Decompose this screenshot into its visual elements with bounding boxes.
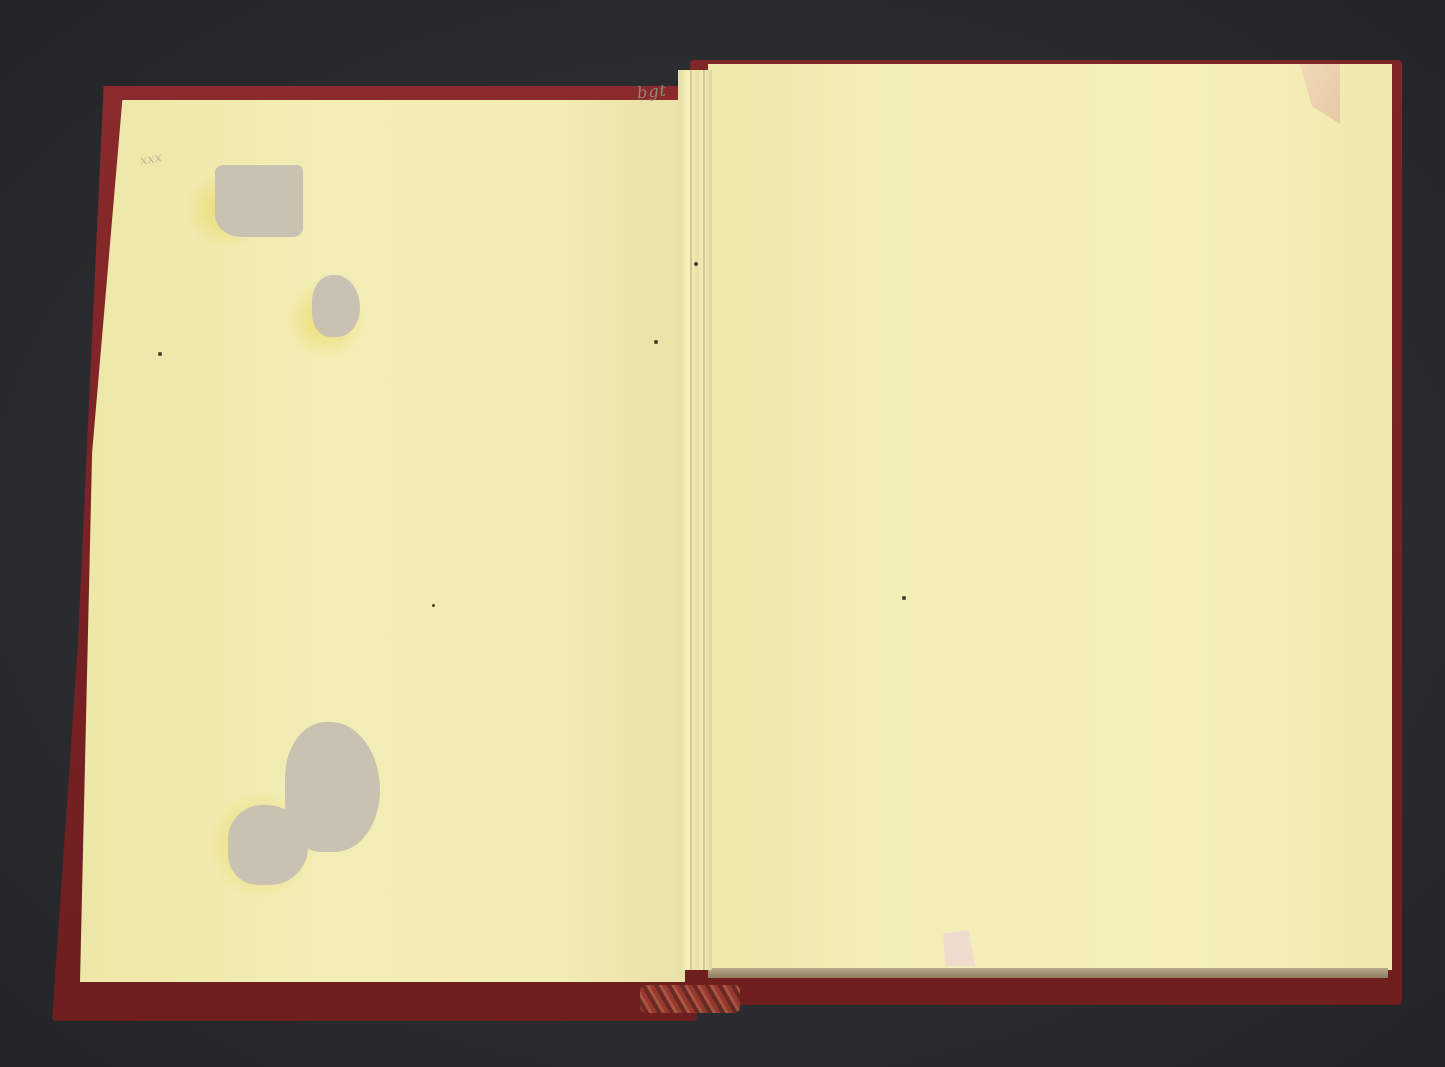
right-endpaper-page [708,64,1392,970]
gutter-crease [703,70,705,970]
book-gutter [678,70,712,970]
paper-loss-patch [228,805,308,885]
foxing-speck [432,604,435,607]
foxing-speck [158,352,162,356]
gutter-crease [690,70,692,970]
text-block-edge [708,968,1388,978]
pencil-annotation: bgt [636,80,668,102]
left-endpaper-page [80,100,685,982]
foxing-speck [654,340,658,344]
frayed-spine-cloth [640,985,740,1013]
paper-loss-patch [215,165,303,237]
foxing-speck [694,262,698,266]
foxing-speck [902,596,906,600]
paper-loss-patch [312,275,360,337]
